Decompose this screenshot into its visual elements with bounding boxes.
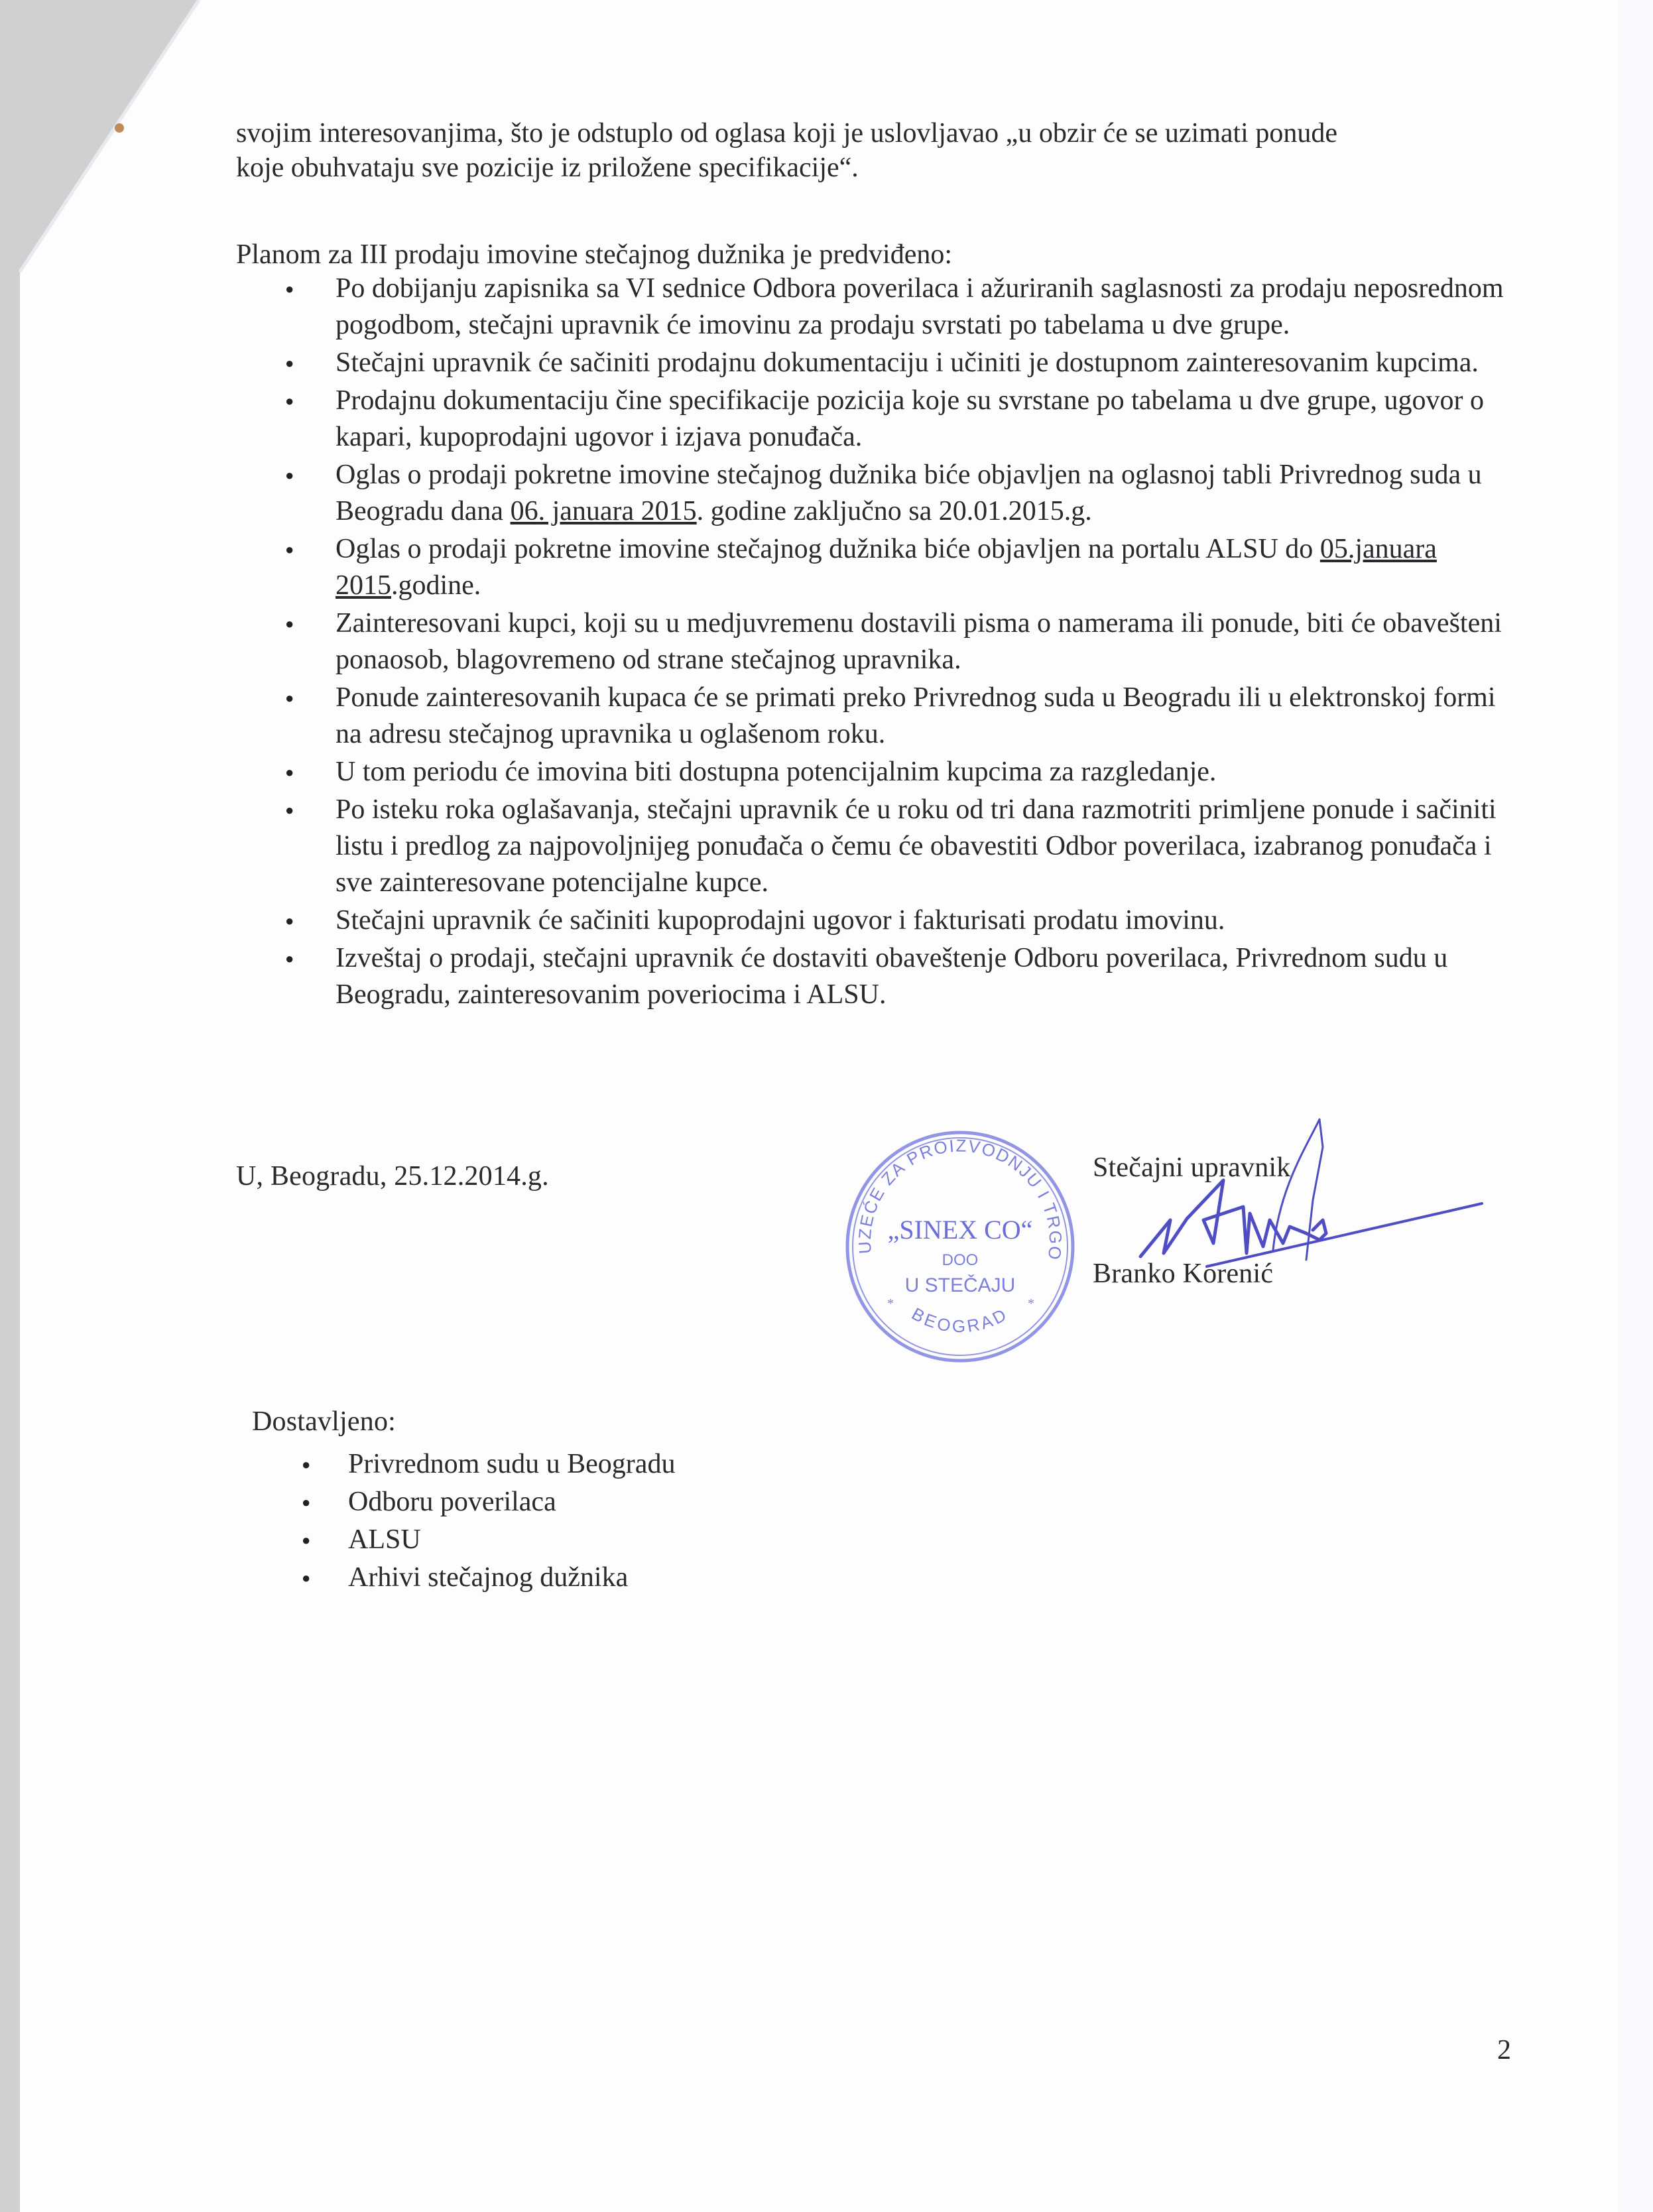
stamp-line3: U STEČAJU	[905, 1274, 1016, 1296]
plan-list: Po dobijanju zapisnika sa VI sednice Odb…	[285, 271, 1505, 1014]
intro-paragraph: svojim interesovanjima, što je odstuplo …	[236, 116, 1337, 185]
stamp-company: „SINEX CO“	[888, 1215, 1033, 1245]
recipient-item: Privrednom sudu u Beogradu	[302, 1445, 675, 1483]
plan-item: Izveštaj o prodaji, stečajni upravnik će…	[285, 940, 1505, 1013]
recipient-item: ALSU	[302, 1521, 675, 1559]
stamp-line2: DOO	[942, 1251, 979, 1269]
recipients-heading: Dostavljeno:	[252, 1404, 396, 1439]
recipients-list: Privrednom sudu u Beogradu Odboru poveri…	[302, 1445, 675, 1597]
plan-item: Prodajnu dokumentaciju čine specifikacij…	[285, 383, 1505, 456]
plan-item: Po dobijanju zapisnika sa VI sednice Odb…	[285, 271, 1505, 343]
handwritten-signature	[1114, 1107, 1485, 1280]
svg-text:*: *	[887, 1296, 894, 1311]
company-stamp: PREDUZEĆE ZA PROIZVODNJU I TRGOVINU BEOG…	[841, 1127, 1079, 1366]
plan-heading: Planom za III prodaju imovine stečajnog …	[236, 237, 952, 272]
stamp-bottom-text: BEOGRAD	[908, 1304, 1012, 1336]
plan-item: Po isteku roka oglašavanja, stečajni upr…	[285, 792, 1505, 901]
document-page: svojim interesovanjima, što je odstuplo …	[0, 0, 1653, 2212]
plan-item: Ponude zainteresovanih kupaca će se prim…	[285, 680, 1505, 753]
svg-text:*: *	[1028, 1296, 1034, 1311]
plan-item: U tom periodu će imovina biti dostupna p…	[285, 754, 1505, 790]
plan-item: Oglas o prodaji pokretne imovine stečajn…	[285, 457, 1505, 530]
place-date: U, Beogradu, 25.12.2014.g.	[236, 1159, 549, 1194]
page-number: 2	[1497, 2034, 1511, 2066]
svg-text:BEOGRAD: BEOGRAD	[908, 1304, 1012, 1336]
plan-item: Oglas o prodaji pokretne imovine stečajn…	[285, 531, 1505, 604]
recipient-item: Odboru poverilaca	[302, 1483, 675, 1521]
intro-line-1: svojim interesovanjima, što je odstuplo …	[236, 116, 1337, 151]
underlined-date: 06. januara 2015	[511, 496, 697, 526]
recipient-item: Arhivi stečajnog dužnika	[302, 1559, 675, 1597]
intro-line-2: koje obuhvataju sve pozicije iz priložen…	[236, 151, 1337, 185]
plan-item: Stečajni upravnik će sačiniti prodajnu d…	[285, 345, 1505, 381]
plan-item: Stečajni upravnik će sačiniti kupoprodaj…	[285, 902, 1505, 939]
plan-item: Zainteresovani kupci, koji su u medjuvre…	[285, 605, 1505, 678]
